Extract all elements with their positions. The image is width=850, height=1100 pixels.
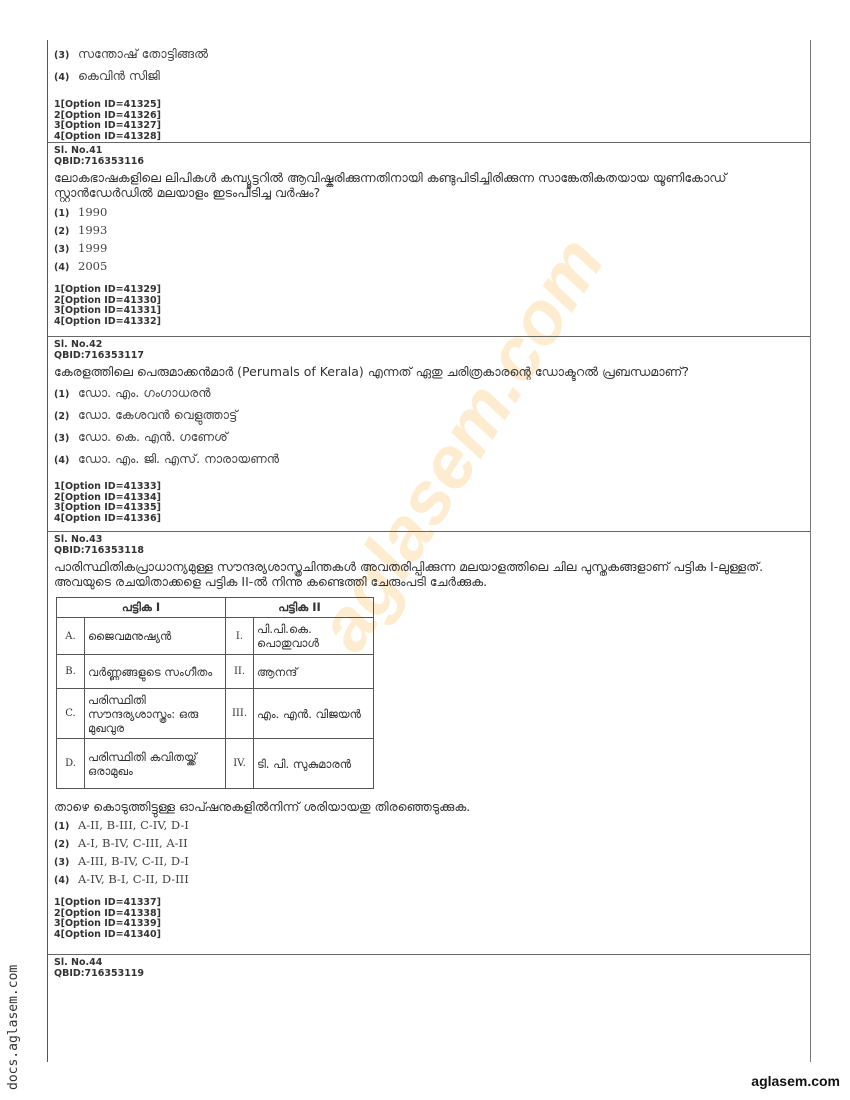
option-id: 3[Option ID=41339] xyxy=(54,919,810,930)
row-label: III. xyxy=(226,689,254,739)
option: (3) A-III, B-IV, C-II, D-I xyxy=(54,854,810,868)
table-row: A. ജൈവമനുഷ്യൻ I. പി.പി.കെ. പൊതുവാൾ xyxy=(57,618,374,655)
question-text: പാരിസ്ഥിതികപ്രാധാന്യമുള്ള സൗന്ദര്യശാസ്ത്… xyxy=(54,559,810,589)
match-table: പട്ടിക I പട്ടിക II A. ജൈവമനുഷ്യൻ I. പി.പ… xyxy=(56,597,374,789)
option-number: (4) xyxy=(54,72,78,83)
qbid: QBID:716353117 xyxy=(54,351,810,362)
row-label: IV. xyxy=(226,739,254,789)
table-header-list-2: പട്ടിക II xyxy=(226,598,374,618)
option-id: 2[Option ID=41338] xyxy=(54,909,810,920)
option-number: (3) xyxy=(54,244,78,255)
table-header-list-1: പട്ടിക I xyxy=(57,598,226,618)
row-label: D. xyxy=(57,739,85,789)
option-number: (4) xyxy=(54,262,78,273)
option: (4) കെവിൻ സിജി xyxy=(54,68,810,86)
book-title: വർണ്ണങ്ങളുടെ സംഗീതം xyxy=(85,655,226,689)
option-id: 1[Option ID=41329] xyxy=(54,285,810,296)
option-text: 1990 xyxy=(78,205,107,219)
option: (4) 2005 xyxy=(54,259,810,273)
option-ids: 1[Option ID=41329] 2[Option ID=41330] 3[… xyxy=(54,285,810,327)
option: (3) സന്തോഷ് തോട്ടിങ്ങൽ xyxy=(54,46,810,64)
option-id: 1[Option ID=41333] xyxy=(54,482,810,493)
option: (2) A-I, B-IV, C-III, A-II xyxy=(54,836,810,850)
option-ids: 1[Option ID=41325] 2[Option ID=41326] 3[… xyxy=(54,100,810,142)
option-id: 3[Option ID=41331] xyxy=(54,306,810,317)
serial-number: Sl. No.41 xyxy=(54,146,810,157)
option: (1) ഡോ. എം. ഗംഗാധരൻ xyxy=(54,385,810,403)
option-number: (4) xyxy=(54,875,78,886)
book-title: പരിസ്ഥിതി സൗന്ദര്യശാസ്ത്രം: ഒരു മുഖവുര xyxy=(85,689,226,739)
question-paper: (3) സന്തോഷ് തോട്ടിങ്ങൽ (4) കെവിൻ സിജി 1[… xyxy=(47,40,811,1062)
option-text: 2005 xyxy=(78,259,107,273)
option-text: ഡോ. എം. ഗംഗാധരൻ xyxy=(78,385,211,401)
qbid: QBID:716353119 xyxy=(54,969,810,980)
option-text: 1993 xyxy=(78,223,107,237)
option: (1) A-II, B-III, C-IV, D-I xyxy=(54,818,810,832)
author-name: ടി. പി. സുകുമാരൻ xyxy=(254,739,374,789)
option: (2) ഡോ. കേശവൻ വെളുത്താട്ട് xyxy=(54,407,810,425)
row-label: A. xyxy=(57,618,85,655)
table-row: C. പരിസ്ഥിതി സൗന്ദര്യശാസ്ത്രം: ഒരു മുഖവു… xyxy=(57,689,374,739)
option-number: (4) xyxy=(54,455,78,466)
option: (1) 1990 xyxy=(54,205,810,219)
instruction-text: താഴെ കൊടുത്തിട്ടുള്ള ഓപ്ഷനുകളിൽനിന്ന് ശര… xyxy=(54,799,810,814)
option-ids: 1[Option ID=41333] 2[Option ID=41334] 3[… xyxy=(54,482,810,524)
serial-number: Sl. No.42 xyxy=(54,340,810,351)
option-id: 3[Option ID=41335] xyxy=(54,503,810,514)
row-label: I. xyxy=(226,618,254,655)
row-label: C. xyxy=(57,689,85,739)
row-label: II. xyxy=(226,655,254,689)
option: (2) 1993 xyxy=(54,223,810,237)
option-id: 4[Option ID=41328] xyxy=(54,132,810,143)
table-row: D. പരിസ്ഥിതി കവിതയ്ക്ക് ഒരാമുഖം IV. ടി. … xyxy=(57,739,374,789)
serial-number: Sl. No.44 xyxy=(54,958,810,969)
option-text: 1999 xyxy=(78,241,107,255)
book-title: പരിസ്ഥിതി കവിതയ്ക്ക് ഒരാമുഖം xyxy=(85,739,226,789)
serial-number: Sl. No.43 xyxy=(54,535,810,546)
option-text: ഡോ. കേശവൻ വെളുത്താട്ട് xyxy=(78,407,237,423)
option-id: 2[Option ID=41330] xyxy=(54,296,810,307)
row-label: B. xyxy=(57,655,85,689)
option-number: (2) xyxy=(54,411,78,422)
option-text: A-II, B-III, C-IV, D-I xyxy=(78,818,189,832)
qbid: QBID:716353116 xyxy=(54,157,810,168)
option-number: (3) xyxy=(54,50,78,61)
question-41: Sl. No.41 QBID:716353116 ലോകഭാഷകളിലെ ലിപ… xyxy=(48,142,810,327)
option-id: 2[Option ID=41326] xyxy=(54,111,810,122)
option-text: A-III, B-IV, C-II, D-I xyxy=(78,854,189,868)
option: (3) ഡോ. കെ. എൻ. ഗണേശ് xyxy=(54,429,810,447)
qbid: QBID:716353118 xyxy=(54,546,810,557)
option: (3) 1999 xyxy=(54,241,810,255)
author-name: പി.പി.കെ. പൊതുവാൾ xyxy=(254,618,374,655)
option-text: സന്തോഷ് തോട്ടിങ്ങൽ xyxy=(78,46,208,62)
option-id: 1[Option ID=41325] xyxy=(54,100,810,111)
option-id: 4[Option ID=41336] xyxy=(54,514,810,525)
author-name: എം. എൻ. വിജയൻ xyxy=(254,689,374,739)
option-number: (3) xyxy=(54,433,78,444)
option-id: 4[Option ID=41340] xyxy=(54,930,810,941)
side-url-watermark: docs.aglasem.com xyxy=(6,965,21,1090)
option-id: 3[Option ID=41327] xyxy=(54,121,810,132)
option-number: (1) xyxy=(54,208,78,219)
question-42: Sl. No.42 QBID:716353117 കേരളത്തിലെ പെരു… xyxy=(48,336,810,524)
option-number: (1) xyxy=(54,389,78,400)
table-row: B. വർണ്ണങ്ങളുടെ സംഗീതം II. ആനന്ദ് xyxy=(57,655,374,689)
option: (4) ഡോ. എം. ജി. എസ്. നാരായണൻ xyxy=(54,451,810,469)
option-text: A-I, B-IV, C-III, A-II xyxy=(78,836,188,850)
option-text: ഡോ. കെ. എൻ. ഗണേശ് xyxy=(78,429,228,445)
option-text: കെവിൻ സിജി xyxy=(78,68,160,84)
author-name: ആനന്ദ് xyxy=(254,655,374,689)
question-43: Sl. No.43 QBID:716353118 പാരിസ്ഥിതികപ്രാ… xyxy=(48,531,810,940)
option-ids: 1[Option ID=41337] 2[Option ID=41338] 3[… xyxy=(54,898,810,940)
option: (4) A-IV, B-I, C-II, D-III xyxy=(54,872,810,886)
option-text: A-IV, B-I, C-II, D-III xyxy=(78,872,189,886)
option-number: (2) xyxy=(54,226,78,237)
option-id: 1[Option ID=41337] xyxy=(54,898,810,909)
option-number: (3) xyxy=(54,857,78,868)
option-number: (1) xyxy=(54,821,78,832)
footer-brand: aglasem.com xyxy=(751,1073,840,1089)
option-id: 2[Option ID=41334] xyxy=(54,493,810,504)
book-title: ജൈവമനുഷ്യൻ xyxy=(85,618,226,655)
option-number: (2) xyxy=(54,839,78,850)
option-text: ഡോ. എം. ജി. എസ്. നാരായണൻ xyxy=(78,451,279,467)
question-40-tail: (3) സന്തോഷ് തോട്ടിങ്ങൽ (4) കെവിൻ സിജി 1[… xyxy=(48,42,810,142)
option-id: 4[Option ID=41332] xyxy=(54,317,810,328)
question-text: കേരളത്തിലെ പെരുമാക്കൻമാർ (Perumals of Ke… xyxy=(54,364,810,379)
question-44: Sl. No.44 QBID:716353119 xyxy=(48,954,810,979)
question-text: ലോകഭാഷകളിലെ ലിപികൾ കമ്പ്യൂട്ടറിൽ ആവിഷ്കര… xyxy=(54,170,810,200)
